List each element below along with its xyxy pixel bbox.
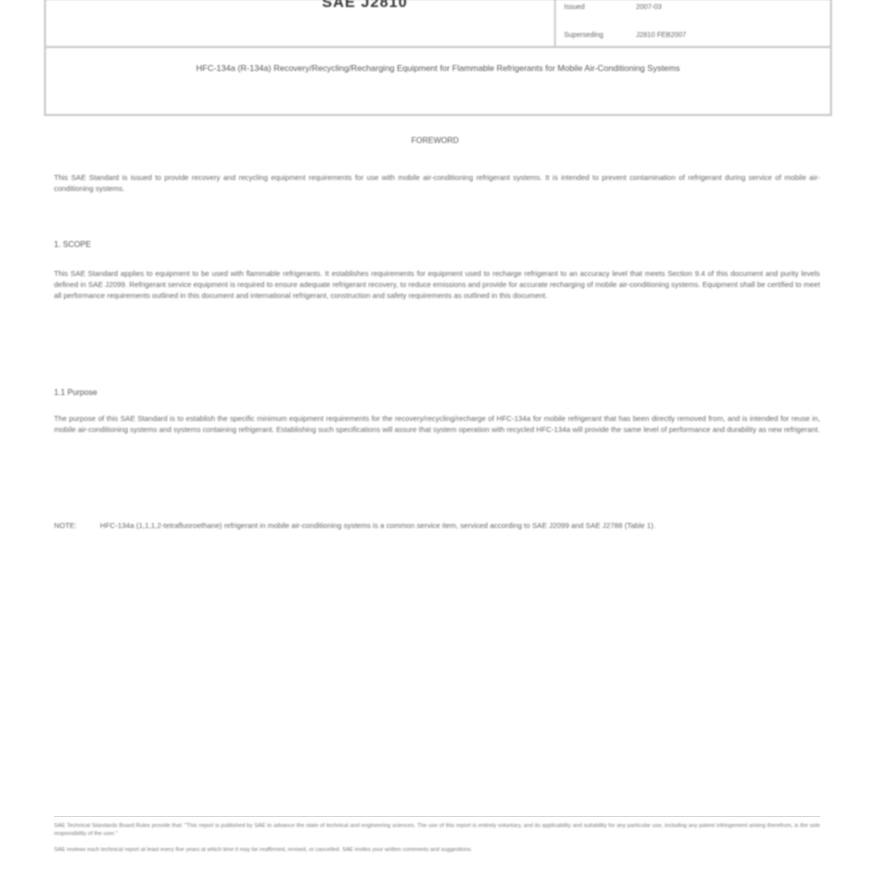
footer-divider bbox=[54, 816, 820, 817]
header-top: SAE J2810 Issued 2007-03 Superseding J28… bbox=[46, 0, 830, 48]
scope-text: This SAE Standard applies to equipment t… bbox=[54, 268, 820, 302]
meta-row-superseding: Superseding J2810 FEB2007 bbox=[564, 32, 686, 39]
meta-box: Issued 2007-03 Superseding J2810 FEB2007 bbox=[554, 0, 830, 46]
footer-text-1: SAE Technical Standards Board Rules prov… bbox=[54, 822, 820, 838]
header-box: SAE J2810 Issued 2007-03 Superseding J28… bbox=[44, 0, 832, 116]
meta-value: 2007-03 bbox=[636, 4, 662, 11]
meta-key: Issued bbox=[564, 4, 634, 11]
foreword-heading: FOREWORD bbox=[0, 136, 870, 145]
purpose-text: The purpose of this SAE Standard is to e… bbox=[54, 413, 820, 435]
purpose-heading: 1.1 Purpose bbox=[54, 388, 97, 397]
meta-row-blank bbox=[564, 18, 634, 25]
scope-heading: 1. SCOPE bbox=[54, 240, 91, 249]
note-text: HFC-134a (1,1,1,2-tetrafluoroethane) ref… bbox=[100, 520, 820, 531]
standard-number: SAE J2810 bbox=[322, 0, 408, 11]
note: NOTE: HFC-134a (1,1,1,2-tetrafluoroethan… bbox=[54, 520, 820, 531]
meta-key: Superseding bbox=[564, 32, 634, 39]
meta-row-issued: Issued 2007-03 bbox=[564, 4, 662, 11]
foreword-text: This SAE Standard is issued to provide r… bbox=[54, 172, 820, 194]
document-title: HFC-134a (R-134a) Recovery/Recycling/Rec… bbox=[56, 62, 820, 75]
note-label: NOTE: bbox=[54, 520, 77, 531]
footer-text-2: SAE reviews each technical report at lea… bbox=[54, 846, 820, 854]
meta-value: J2810 FEB2007 bbox=[636, 32, 686, 39]
